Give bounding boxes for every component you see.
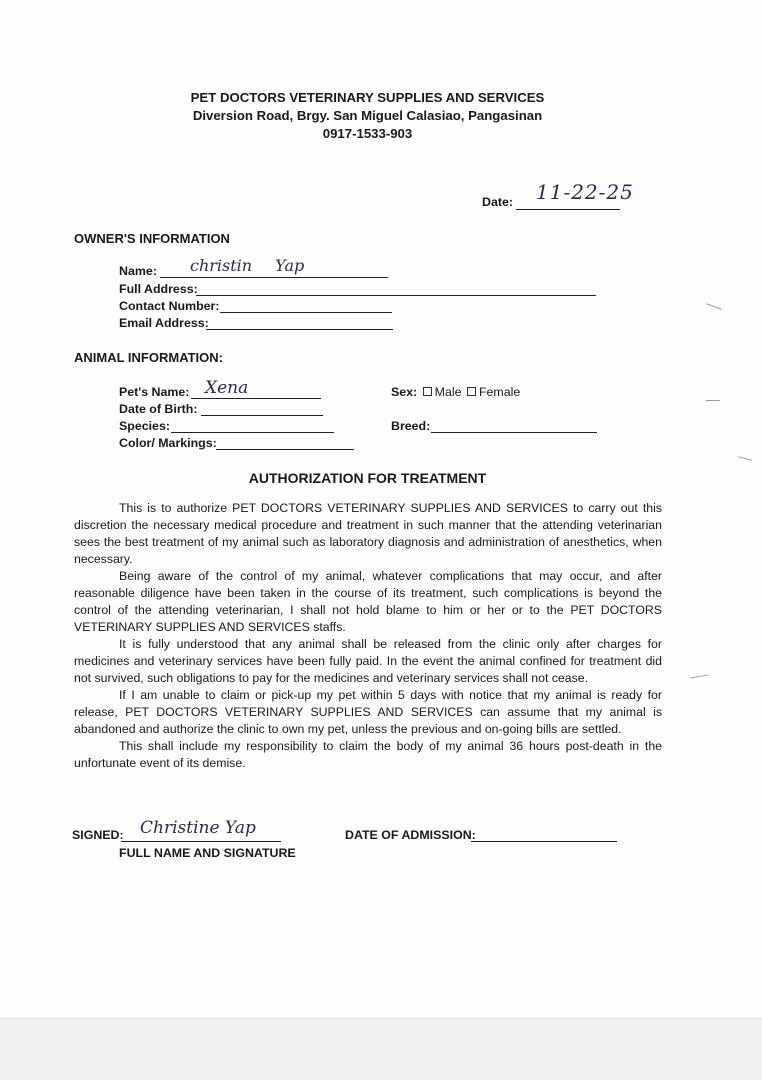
pets-name-line: [191, 398, 321, 399]
authorization-paragraph: Being aware of the control of my animal,…: [74, 568, 662, 636]
authorization-paragraph: If I am unable to claim or pick-up my pe…: [74, 687, 662, 738]
scan-artifact: [690, 674, 708, 678]
owner-name-value[interactable]: christin Yap: [190, 256, 304, 275]
business-address: Diversion Road, Brgy. San Miguel Calasia…: [0, 107, 735, 125]
species-field[interactable]: [171, 432, 334, 433]
pets-name-value[interactable]: Xena: [205, 378, 248, 398]
sex-option-male[interactable]: Male: [421, 385, 462, 399]
full-address-field[interactable]: [196, 295, 596, 296]
email-address-field[interactable]: [206, 329, 393, 330]
pets-name-label: Pet's Name:: [119, 385, 189, 399]
scanner-edge: [0, 1018, 762, 1080]
signature-caption: FULL NAME AND SIGNATURE: [119, 846, 296, 860]
authorization-paragraph: It is fully understood that any animal s…: [74, 636, 662, 687]
owner-name-line: [160, 277, 388, 278]
color-markings-label: Color/ Markings:: [119, 436, 217, 450]
breed-field[interactable]: [431, 432, 597, 433]
authorization-paragraph: This is to authorize PET DOCTORS VETERIN…: [74, 500, 662, 568]
scanned-document-page: PET DOCTORS VETERINARY SUPPLIES AND SERV…: [0, 0, 762, 1080]
date-of-birth-field[interactable]: [201, 415, 323, 416]
signed-label: SIGNED:: [72, 828, 124, 842]
male-checkbox[interactable]: [423, 387, 432, 396]
signature-line: [121, 841, 281, 842]
document-header: PET DOCTORS VETERINARY SUPPLIES AND SERV…: [0, 89, 735, 143]
breed-label: Breed:: [391, 419, 430, 433]
scan-artifact: [706, 400, 720, 401]
scan-artifact: [706, 303, 721, 309]
contact-number-label: Contact Number:: [119, 299, 220, 313]
email-address-label: Email Address:: [119, 316, 209, 330]
business-name: PET DOCTORS VETERINARY SUPPLIES AND SERV…: [0, 89, 735, 107]
authorization-paragraph: This shall include my responsibility to …: [74, 738, 662, 772]
female-checkbox[interactable]: [467, 387, 476, 396]
signature-value[interactable]: Christine Yap: [140, 818, 256, 838]
date-of-admission-field[interactable]: [471, 841, 617, 842]
owner-name-label: Name:: [119, 264, 157, 278]
color-markings-field[interactable]: [216, 449, 354, 450]
sex-field: Sex: Male Female: [391, 385, 520, 399]
authorization-body: This is to authorize PET DOCTORS VETERIN…: [74, 500, 662, 772]
date-of-birth-label: Date of Birth:: [119, 402, 197, 416]
full-address-label: Full Address:: [119, 282, 198, 296]
date-value[interactable]: 11-22-25: [536, 180, 634, 204]
owner-information-heading: OWNER'S INFORMATION: [74, 231, 230, 246]
scan-artifact: [738, 456, 752, 461]
sex-option-female[interactable]: Female: [465, 385, 520, 399]
species-label: Species:: [119, 419, 170, 433]
date-line: [516, 209, 620, 210]
authorization-title: AUTHORIZATION FOR TREATMENT: [0, 470, 735, 486]
date-label: Date:: [482, 195, 513, 209]
contact-number-field[interactable]: [220, 312, 392, 313]
business-phone: 0917-1533-903: [0, 125, 735, 143]
animal-information-heading: ANIMAL INFORMATION:: [74, 350, 223, 365]
date-of-admission-label: DATE OF ADMISSION:: [345, 828, 476, 842]
sex-label: Sex:: [391, 385, 417, 399]
